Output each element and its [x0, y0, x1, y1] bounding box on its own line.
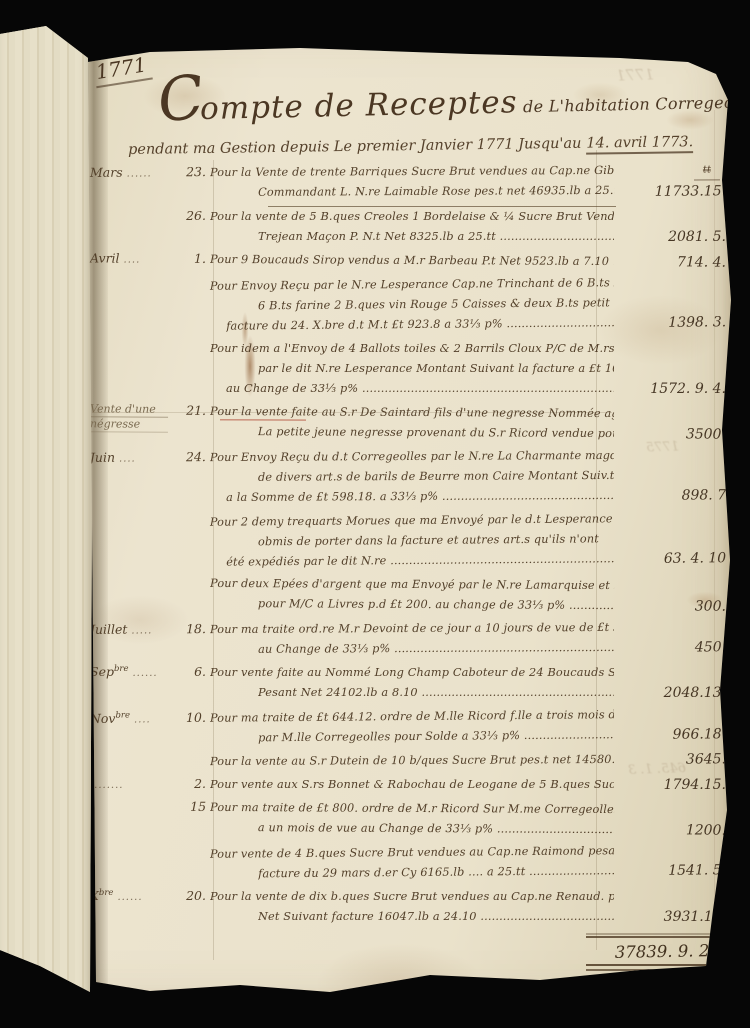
book-page-edges — [0, 0, 100, 1028]
subtitle-text: pendant ma Gestion depuis Le premier Jan… — [128, 136, 582, 158]
entry-description: Pour Envoy Reçu par le N.re Lesperance C… — [210, 273, 615, 337]
entry-date: Mars ...... 23. — [90, 163, 210, 180]
title-initial-letter: C — [156, 77, 207, 122]
page-subtitle: pendant ma Gestion depuis Le premier Jan… — [128, 134, 708, 158]
entry-description: Pour ma traite de £t 644.12. ordre de M.… — [210, 705, 614, 749]
entry-description-line: Pour 9 Boucauds Sirop vendus a M.r Barbe… — [210, 250, 614, 272]
total-rule-top — [586, 936, 738, 938]
entry-amount-value: 2048.13. — [664, 685, 726, 701]
entry-month: Juillet ..... — [90, 621, 152, 636]
entry-amount: 714. 4. — [614, 253, 738, 273]
total-amount: 37839. 9. 2 — [586, 939, 738, 966]
entry-description-line: La petite jeune negresse provenant du S.… — [258, 422, 614, 444]
entry-amount-value: 898. 7 — [682, 487, 727, 503]
ledger-entry: Pour deux Epées d'argent que ma Envoyé p… — [90, 573, 738, 616]
entry-day: 15 — [190, 799, 210, 814]
entry-amount: 1398. 3. — [614, 313, 738, 333]
entry-amount: 966.18. — [614, 725, 738, 745]
margin-note-line: Vente d'une — [90, 402, 168, 417]
entry-description-line: Trejean Maçon P. N.t Net 8325.lb a 25.tt… — [258, 227, 614, 247]
ledger-entry: Sepbre ...... 6. Pour vente faite au Nom… — [90, 663, 738, 703]
entry-amount-value: 1572. 9. 4. — [650, 381, 726, 397]
entry-amount: 3931.10, — [614, 908, 738, 927]
ledger-entry: Mars ...... 23. Pour la Vente de trente … — [90, 160, 738, 204]
entry-date — [90, 339, 210, 340]
totals-block: 37839. 9. 2 — [586, 936, 738, 971]
entry-date: Xbre ...... 20. — [90, 887, 210, 903]
entry-description-line: a la Somme de £t 598.18. a 33⅓ p% ......… — [226, 486, 614, 508]
entry-date: Avril .... 1. — [90, 249, 210, 266]
entry-day: 20. — [186, 888, 210, 903]
entry-description-line: Pour idem a l'Envoy de 4 Ballots toiles … — [210, 339, 614, 359]
entry-day: 2. — [194, 776, 210, 791]
title-main-text: ompte de Receptes — [200, 84, 518, 127]
year-marginal-note: 1771 — [92, 52, 153, 89]
entry-amount: 2081. 5. — [614, 228, 738, 247]
ledger-entry: Pour 2 demy trequarts Morues que ma Envo… — [90, 508, 738, 574]
entry-amount: 898. 7 — [614, 486, 738, 506]
entry-day: 18. — [186, 621, 210, 636]
entry-description-line: Pour la Vente de trente Barriques Sucre … — [210, 161, 614, 183]
entry-amount: 2048.13. — [614, 684, 738, 703]
entry-amount: 3645. — [614, 750, 738, 770]
entry-description-line: facture du 29 mars d.er Cy 6165.lb .... … — [258, 861, 614, 884]
margin-note-line: négresse — [90, 417, 168, 432]
entry-date: Sepbre ...... 6. — [90, 663, 210, 679]
entry-amount-value: 966.18. — [673, 726, 727, 742]
entry-description: Pour idem a l'Envoy de 4 Ballots toiles … — [210, 339, 614, 399]
entry-description-line: au Change de 33⅓ p% ....................… — [258, 638, 614, 660]
entry-description-line: Pour vente faite au Nommé Long Champ Cab… — [210, 663, 614, 683]
entry-day: 26. — [186, 208, 210, 223]
entry-date — [90, 845, 210, 847]
entry-amount: 450. — [614, 638, 738, 658]
page-title: Compte de Receptes de L'habitation Corre… — [158, 68, 719, 128]
entry-day: 6. — [194, 664, 210, 679]
ledger-entry: Vente d'une négresse 21. Pour la vente f… — [90, 401, 738, 444]
entry-amount-value: 11733.15. — [655, 183, 726, 199]
entry-description-line: Pesant Net 24102.lb a 8.10 .............… — [258, 683, 614, 703]
entry-amount: 1572. 9. 4. — [614, 380, 738, 399]
entry-description-line: Pour la vente au S.r Dutein de 10 b/ques… — [210, 750, 614, 772]
entry-month: Xbre ...... — [90, 888, 143, 903]
entry-description: Pour Envoy Reçu du d.t Corregeolles par … — [210, 446, 614, 508]
entry-date: Vente d'une négresse 21. — [90, 401, 210, 433]
entry-description: Pour ma traite ord.re M.r Devoint de ce … — [210, 618, 614, 660]
ledger-entries: Mars ...... 23. Pour la Vente de trente … — [90, 162, 738, 931]
entry-amount-value: 450. — [695, 639, 726, 655]
entry-amount-value: 1200. — [686, 822, 726, 838]
margin-note: Vente d'une négresse — [90, 402, 168, 432]
entry-description-line: Pour Envoy Reçu du d.t Corregeolles par … — [210, 446, 614, 468]
entry-description-line: Pour ma traite ord.re M.r Devoint de ce … — [210, 618, 614, 640]
entry-description-line: a un mois de vue au Change de 33⅓ p% ...… — [258, 818, 614, 840]
entry-date: Novbre .... 10. — [90, 709, 210, 726]
entry-amount-value: 3645. — [686, 751, 726, 767]
entry-description: Pour vente faite au Nommé Long Champ Cab… — [210, 663, 614, 703]
entry-description: Pour 9 Boucauds Sirop vendus a M.r Barbe… — [210, 250, 614, 272]
entry-amount-value: 3500. — [686, 426, 726, 442]
entry-day: 21. — [186, 403, 210, 433]
entry-description: Pour vente de 4 B.ques Sucre Brut vendue… — [210, 841, 614, 885]
entry-description: Pour la vente au S.r Dutein de 10 b/ques… — [210, 750, 614, 772]
entry-date: Juillet ..... 18. — [90, 620, 210, 637]
ledger-entry: Juillet ..... 18. Pour ma traite ord.re … — [90, 617, 738, 660]
entry-description: Pour la vente de 5 B.ques Creoles 1 Bord… — [210, 207, 614, 247]
entry-amount: 300. — [614, 597, 738, 617]
entry-month: Juin .... — [90, 449, 136, 464]
entry-date — [90, 573, 210, 575]
ledger-entry: ........ 2. Pour vente aux S.rs Bonnet &… — [90, 775, 738, 795]
entry-description: Pour 2 demy trequarts Morues que ma Envo… — [210, 509, 615, 573]
entry-description-line: au Change de 33⅓ p% ....................… — [226, 379, 614, 399]
entry-description: Pour vente aux S.rs Bonnet & Rabochau de… — [210, 775, 614, 795]
entry-amount: 63. 4. 10 — [614, 549, 738, 569]
ledger-entry: Xbre ...... 20. Pour la vente de dix b.q… — [90, 887, 738, 927]
entry-amount: 1541. 5. — [614, 861, 738, 881]
entry-amount: 3500. — [614, 425, 738, 445]
entry-description: Pour la Vente de trente Barriques Sucre … — [210, 161, 614, 203]
entry-date — [90, 752, 210, 754]
total-rule-bottom-2 — [586, 969, 738, 971]
ledger-entry: Novbre .... 10. Pour ma traite de £t 644… — [90, 704, 738, 750]
entry-month: Avril .... — [90, 250, 140, 265]
entry-day: 24. — [186, 449, 210, 464]
entry-amount-value: 300. — [695, 598, 726, 614]
entry-description-line: Pour la vente de 5 B.ques Creoles 1 Bord… — [210, 207, 614, 227]
entry-description-line: été expédiés par le dit N.re ...........… — [226, 549, 614, 572]
entry-amount: tt 11733.15. — [614, 160, 738, 202]
entry-date: 15 — [90, 797, 210, 814]
entry-amount-value: 3931.10, — [664, 909, 726, 925]
entry-amount: 1200. — [614, 821, 738, 841]
ledger-entry: 15 Pour ma traite de £t 800. ordre de M.… — [90, 797, 738, 840]
title-suffix-text: de L'habitation Corregeolles a Lacahaye — [517, 90, 750, 116]
entry-description-line: Commandant L. N.re Laimable Rose pes.t n… — [258, 181, 614, 203]
ledger-entry: Avril .... 1. Pour 9 Boucauds Sirop vend… — [90, 249, 738, 272]
ledger-entry: Pour Envoy Reçu par le N.re Lesperance C… — [90, 272, 738, 338]
entry-description: Pour deux Epées d'argent que ma Envoyé p… — [210, 574, 614, 616]
ledger-entry: Pour idem a l'Envoy de 4 Ballots toiles … — [90, 339, 738, 399]
entry-description-line: par M.lle Corregeolles pour Solde a 33⅓ … — [258, 725, 614, 748]
entry-description-line: Net Suivant facture 16047.lb a 24.10 ...… — [258, 907, 614, 927]
entry-description-line: Pour vente aux S.rs Bonnet & Rabochau de… — [210, 775, 614, 795]
entry-amount-value: 63. 4. 10 — [664, 550, 726, 567]
entry-amount: 1794.15. — [614, 776, 738, 795]
entry-amount-value: 2081. 5. — [668, 229, 726, 245]
entry-description-line: par le dit N.re Lesperance Montant Suiva… — [258, 359, 614, 379]
entry-description-line: Pour deux Epées d'argent que ma Envoyé p… — [210, 574, 614, 596]
entry-description: Pour ma traite de £t 800. ordre de M.r R… — [210, 798, 614, 840]
entry-date — [90, 277, 210, 279]
entry-description-line: facture du 24. X.bre d.t M.t £t 923.8 a … — [226, 313, 614, 336]
ledger-entry: Juin .... 24. Pour Envoy Reçu du d.t Cor… — [90, 445, 738, 508]
entry-amount-value: 1398. 3. — [668, 314, 726, 331]
entry-date — [90, 513, 210, 515]
entry-amount-value: 1794.15. — [664, 777, 726, 793]
subtitle-underlined-date: 14. avril 1773. — [586, 134, 693, 154]
entry-month: Sepbre ...... — [90, 664, 158, 679]
ledger-entry: 26. Pour la vente de 5 B.ques Creoles 1 … — [90, 207, 738, 247]
entry-amount-value: 1541. 5. — [668, 862, 726, 879]
livres-currency-mark: tt — [694, 160, 720, 180]
entry-description-line: Pour la vente de dix b.ques Sucre Brut v… — [210, 887, 614, 907]
entry-amount-value: 714. 4. — [677, 254, 726, 270]
entry-day: 23. — [186, 164, 210, 179]
entry-day: 1. — [194, 251, 210, 266]
ledger-entry: Pour vente de 4 B.ques Sucre Brut vendue… — [90, 840, 738, 886]
entry-date: Juin .... 24. — [90, 448, 210, 465]
entry-description: Pour la vente faite au S.r De Saintard f… — [210, 402, 614, 444]
manuscript-page: 1771 932 678. 5 1775 645. 1. 3 1771 Comp… — [0, 0, 750, 1028]
entry-description-line: Pour ma traite de £t 800. ordre de M.r R… — [210, 798, 614, 820]
photograph-background: 1771 932 678. 5 1775 645. 1. 3 1771 Comp… — [0, 0, 750, 1028]
entry-description: Pour la vente de dix b.ques Sucre Brut v… — [210, 887, 614, 927]
entry-day: 10. — [186, 710, 210, 725]
entry-month: Novbre .... — [90, 710, 151, 726]
entry-date: ........ 2. — [90, 775, 210, 791]
entry-description-line: pour M/C a Livres p.d £t 200. au change … — [258, 594, 614, 616]
entry-date: 26. — [90, 207, 210, 223]
ledger-entry: Pour la vente au S.r Dutein de 10 b/ques… — [90, 749, 738, 772]
entry-month: ........ — [90, 776, 123, 791]
entry-description-line: Pour la vente faite au S.r De Saintard f… — [210, 402, 614, 424]
entry-description-line: de divers art.s de barils de Beurre mon … — [258, 466, 614, 488]
entry-month: Mars ...... — [90, 164, 152, 179]
